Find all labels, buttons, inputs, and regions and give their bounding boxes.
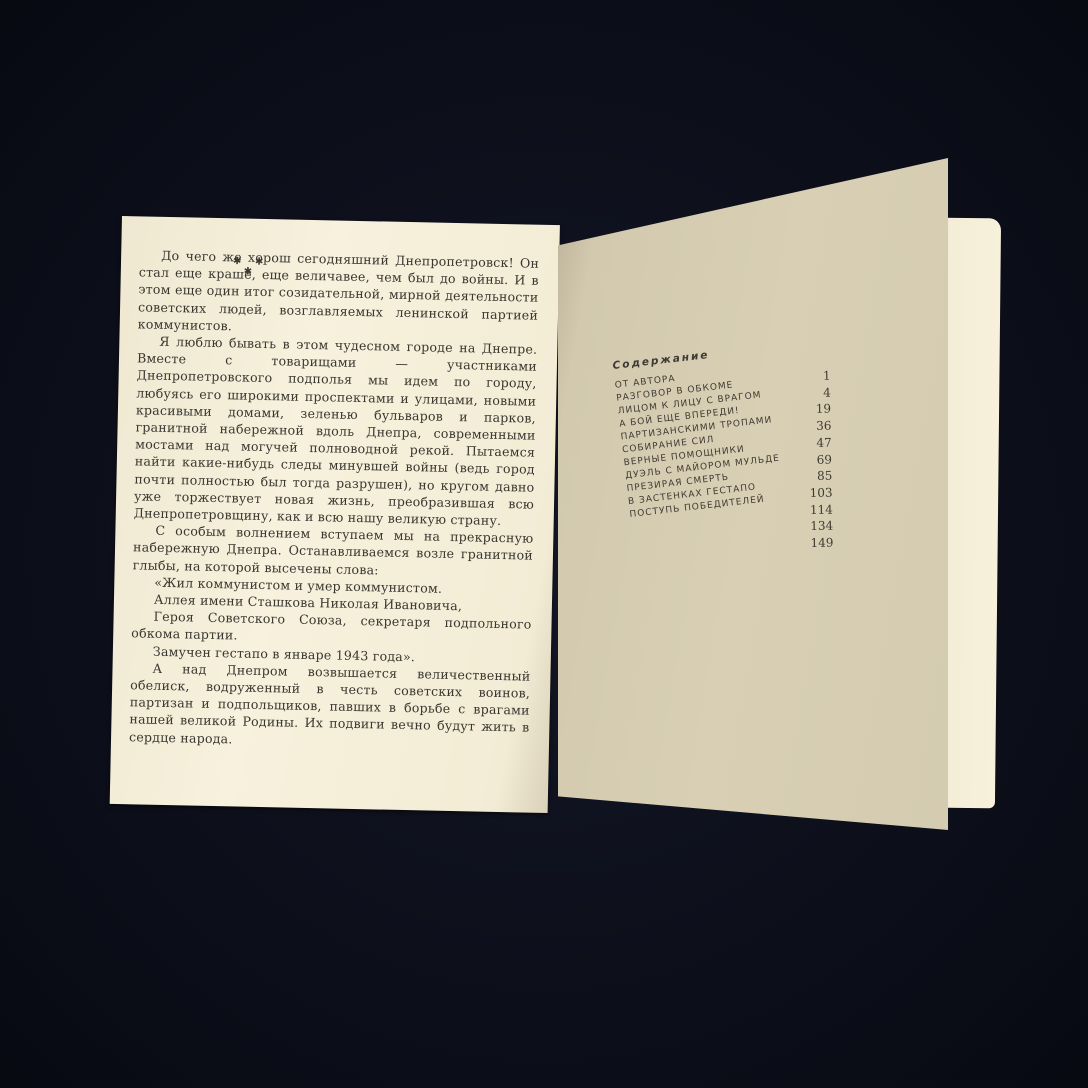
toc-page-number: 103: [792, 485, 832, 502]
paragraph-2: Я люблю бывать в этом чудесном городе на…: [134, 332, 538, 530]
paragraph-3: С особым волнением вступаем мы на прекра…: [133, 522, 534, 582]
toc-page-number: 4: [791, 384, 831, 401]
toc-page-number: 149: [793, 535, 833, 552]
toc-page-number: 134: [793, 518, 833, 535]
left-page-text: До чего же хорош сегодняшний Днепропетро…: [129, 246, 539, 753]
closing-paragraph: А над Днепром возвышается величественный…: [129, 659, 531, 753]
toc-page-number: 36: [791, 418, 831, 435]
toc-page-number: 1: [790, 368, 830, 385]
left-page: До чего же хорош сегодняшний Днепропетро…: [110, 216, 560, 813]
toc-page-number: 85: [792, 468, 832, 485]
toc-page-number: 47: [792, 434, 832, 451]
paragraph-1: До чего же хорош сегодняшний Днепропетро…: [138, 246, 540, 340]
toc-page-number: 114: [793, 501, 833, 518]
toc-page-numbers: 1 4 19 36 47 69 85 103 114 134 149: [790, 368, 833, 552]
toc-page-number: 19: [791, 401, 831, 418]
toc-page-number: 69: [792, 451, 832, 468]
